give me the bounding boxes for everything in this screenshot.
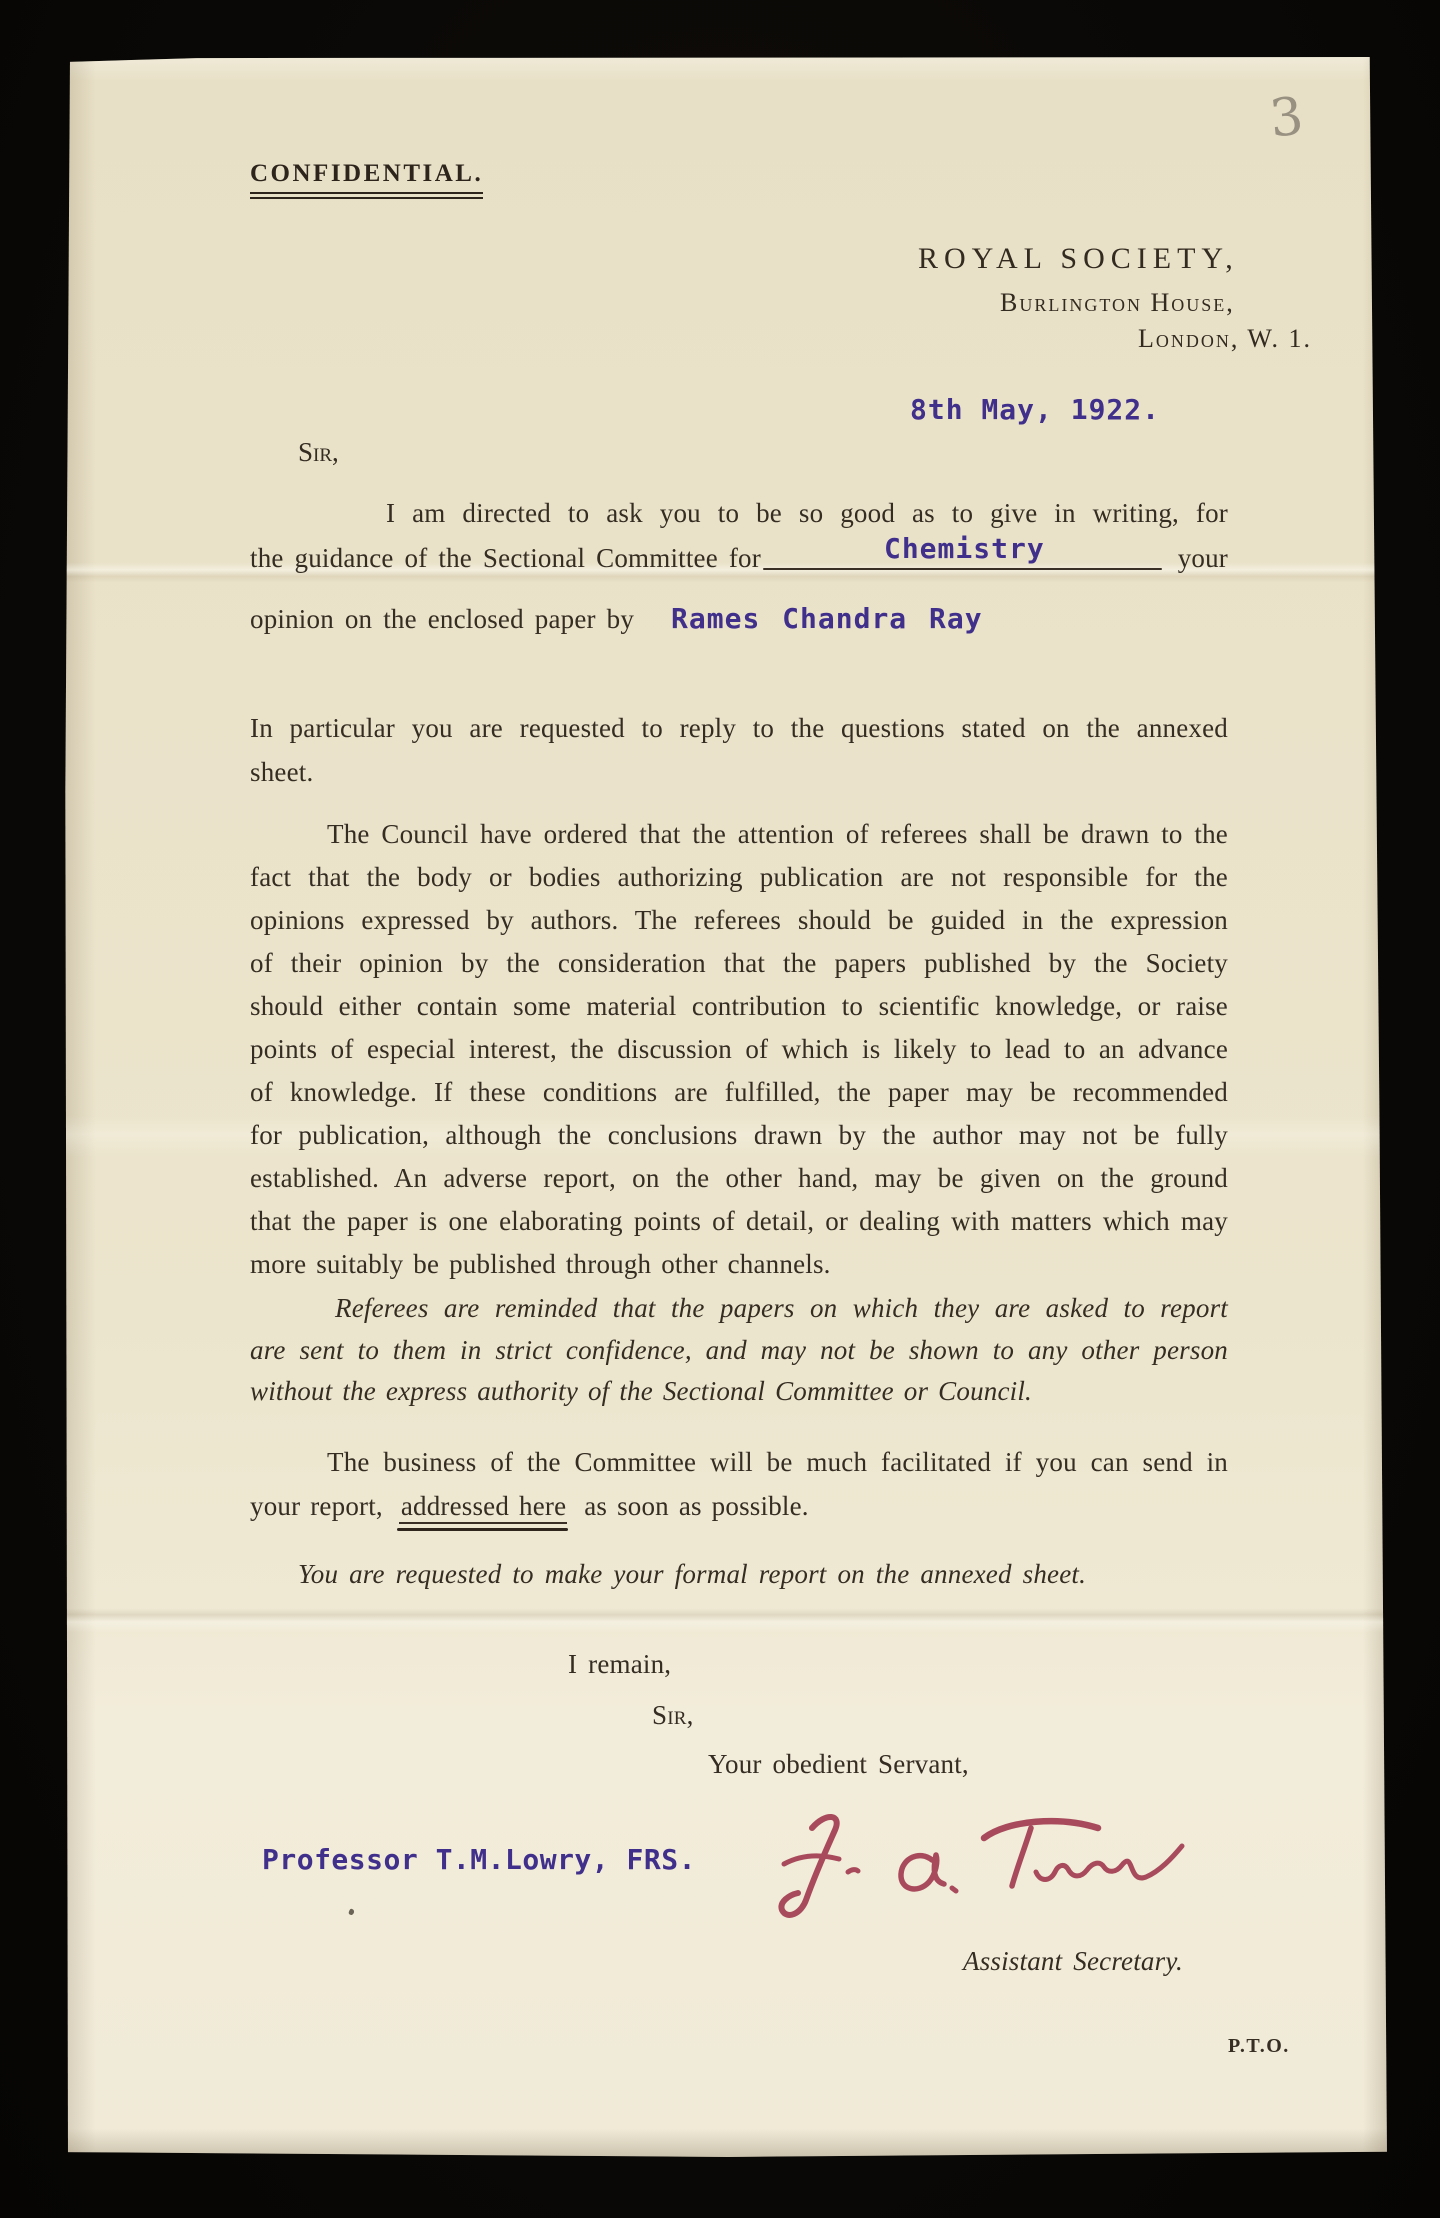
business-suffix: as soon as possible. bbox=[584, 1491, 809, 1521]
closing-servant: Your obedient Servant, bbox=[708, 1743, 969, 1786]
body-line: In particular you are requested to reply… bbox=[250, 706, 1228, 750]
addressed-here-underlined: addressed here bbox=[401, 1491, 566, 1521]
typed-date: 8th May, 1922. bbox=[910, 393, 1160, 426]
letterhead-address-line2: London, W. 1. bbox=[1138, 324, 1312, 354]
body-line-italic: Referees are reminded that the papers on… bbox=[250, 1288, 1228, 1330]
pencil-page-number: 3 bbox=[1267, 86, 1306, 149]
body-line: I am directed to ask you to be so good a… bbox=[250, 492, 1228, 535]
business-prefix: your report, bbox=[250, 1491, 383, 1521]
typed-author-name: Rames Chandra Ray bbox=[671, 602, 983, 635]
body-line: The business of the Committee will be mu… bbox=[250, 1440, 1228, 1484]
photographed-letter-scene: { "page": { "stamp": "CONFIDENTIAL.", "p… bbox=[0, 0, 1440, 2218]
letterhead-org: ROYAL SOCIETY, bbox=[918, 242, 1239, 276]
signature-role: Assistant Secretary. bbox=[963, 1940, 1183, 1983]
body-line: of their opinion by the consideration th… bbox=[250, 942, 1228, 985]
committee-blank-line: Chemistry bbox=[761, 540, 1168, 576]
formal-report-line: You are requested to make your formal re… bbox=[250, 1553, 1086, 1596]
body-line: sheet. bbox=[250, 750, 1228, 794]
body-line: your report, addressed here as soon as p… bbox=[250, 1484, 1228, 1528]
closing-i-remain: I remain, bbox=[568, 1643, 671, 1686]
body-line-italic: without the express authority of the Sec… bbox=[250, 1371, 1228, 1413]
signature-strokes bbox=[736, 1806, 1206, 1936]
ink-speck bbox=[348, 1908, 355, 1916]
body-line: The Council have ordered that the attent… bbox=[250, 813, 1228, 856]
body-line: of knowledge. If these conditions are fu… bbox=[250, 1071, 1228, 1114]
letter-paper: CONFIDENTIAL. 3 ROYAL SOCIETY, Burlingto… bbox=[64, 56, 1392, 2158]
typed-committee-name: Chemistry bbox=[884, 531, 1045, 567]
body-line: points of especial interest, the discuss… bbox=[250, 1028, 1228, 1071]
body-line: opinions expressed by authors. The refer… bbox=[250, 899, 1228, 942]
body-line: fact that the body or bodies authorizing… bbox=[250, 856, 1228, 899]
guidance-prefix: the guidance of the Sectional Committee … bbox=[250, 540, 761, 576]
pto-note: P.T.O. bbox=[1228, 2035, 1290, 2058]
body-line: more suitably be published through other… bbox=[250, 1243, 1228, 1286]
body-line: for publication, although the conclusion… bbox=[250, 1114, 1228, 1157]
body-line: that the paper is one elaborating points… bbox=[250, 1200, 1228, 1243]
salutation: Sir, bbox=[298, 437, 339, 468]
body-line-italic: are sent to them in strict confidence, a… bbox=[250, 1330, 1228, 1372]
confidential-stamp: CONFIDENTIAL. bbox=[250, 160, 483, 199]
body-line: established. An adverse report, on the o… bbox=[250, 1157, 1228, 1200]
body-line: should either contain some material cont… bbox=[250, 985, 1228, 1028]
closing-sir: Sir, bbox=[652, 1694, 694, 1737]
signature-f-a-towle: F. A. Towle bbox=[736, 1788, 1206, 1918]
opinion-prefix: opinion on the enclosed paper by bbox=[250, 604, 634, 634]
letterhead-address-line1: Burlington House, bbox=[1000, 288, 1235, 318]
typed-recipient: Professor T.M.Lowry, FRS. bbox=[262, 1843, 696, 1876]
guidance-suffix: your bbox=[1178, 540, 1228, 576]
